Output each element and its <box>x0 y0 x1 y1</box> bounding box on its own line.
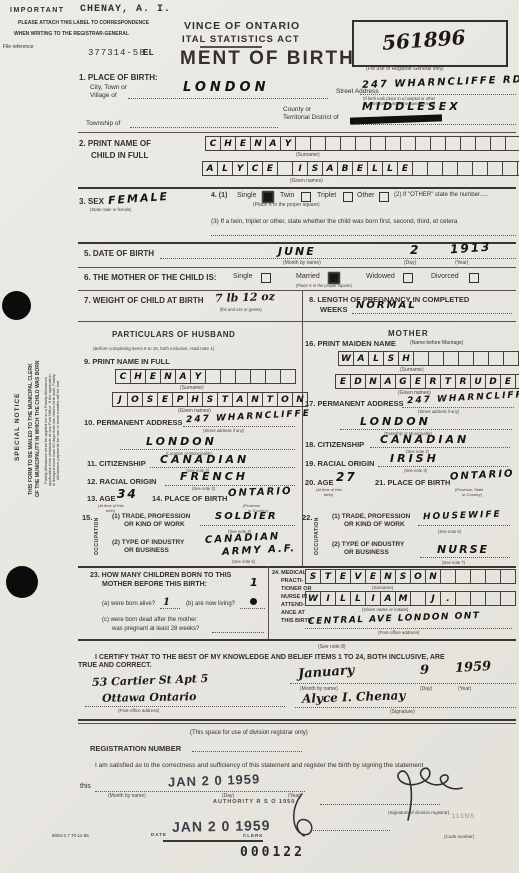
county-label: Territorial District of <box>283 114 339 121</box>
mother-trade-value: HOUSEWIFE <box>423 510 502 523</box>
item7-label: 7. WEIGHT OF CHILD AT BIRTH <box>84 296 204 305</box>
letter-cell <box>487 161 503 176</box>
letter-cell: O <box>127 392 143 407</box>
status-single-checkbox <box>261 273 271 283</box>
dotted-line <box>418 525 510 526</box>
code-number-caption: (Code number) <box>444 834 474 839</box>
letter-cell <box>410 591 426 606</box>
letter-cell <box>340 136 356 151</box>
letter-cell: L <box>367 161 383 176</box>
trade-label: OR KIND OF WORK <box>124 521 185 528</box>
practitioner-address: CENTRAL AVE LONDON ONT <box>308 611 481 627</box>
husband-citizenship: CANADIAN <box>160 453 249 466</box>
letter-cell: E <box>335 374 351 389</box>
dotted-line <box>352 313 512 314</box>
item1-label: 1. PLACE OF BIRTH: <box>79 73 158 82</box>
born-alive-label: (a) were born alive? <box>102 601 155 607</box>
surname-caption: (Surname) <box>180 385 204 391</box>
letter-cell <box>502 161 518 176</box>
letter-cell: O <box>410 569 426 584</box>
twin-checkbox <box>301 192 311 202</box>
letter-cell <box>503 351 519 366</box>
registrar-signature-flourish <box>282 790 327 845</box>
husband-given-boxes: JOSEPHSTANTON <box>112 392 307 407</box>
serial-number-box: 561896 <box>352 20 508 67</box>
day-caption: (Day) <box>404 260 416 266</box>
letter-cell <box>457 161 473 176</box>
age-caption: birth) <box>324 492 333 497</box>
letter-cell <box>265 369 281 384</box>
letter-cell: L <box>335 591 351 606</box>
letter-cell <box>325 136 341 151</box>
letter-cell: T <box>217 392 233 407</box>
special-notice-line: THIS FORM TO BE MAILED TO THE MUNICIPAL … <box>28 300 34 558</box>
letter-cell: E <box>397 161 413 176</box>
letter-cell: N <box>250 136 266 151</box>
letter-cell: M <box>395 591 411 606</box>
item24-label: ATTEND- <box>281 602 305 608</box>
street-caption: (Street address if any) <box>203 428 244 433</box>
letter-cell: J <box>425 591 441 606</box>
dotted-line <box>85 706 285 707</box>
letter-cell: E <box>262 161 278 176</box>
special-notice-line: Allowance payments for one or more month… <box>55 288 60 573</box>
square-caption: (Place X in the proper square) <box>253 202 320 208</box>
birth-day: 2 <box>410 243 420 257</box>
trade-label: (1) TRADE, PROFESSION <box>332 513 410 520</box>
letter-cell <box>310 136 326 151</box>
letter-cell <box>412 161 428 176</box>
letter-cell: P <box>172 392 188 407</box>
township-label: Township of <box>86 120 120 127</box>
certifier-address: Ottawa Ontario <box>102 690 197 705</box>
given-name-caption: (Given name or initials) <box>362 607 408 612</box>
divider <box>163 840 263 842</box>
dotted-line <box>211 235 516 236</box>
born-alive-value: 1 <box>163 597 170 608</box>
year-caption: (Year) <box>458 686 471 692</box>
letter-cell <box>400 136 416 151</box>
dotted-line <box>160 608 180 609</box>
surname-caption: (Surname) <box>372 585 393 590</box>
special-notice-line: OF THE MUNICIPALITY IN WHICH THE CHILD W… <box>35 300 41 558</box>
letter-cell <box>385 136 401 151</box>
item4-line3: (3) If a twin, triplet or other, state w… <box>211 218 457 225</box>
status-married-checkbox <box>329 273 339 283</box>
item5-label: 5. DATE OF BIRTH <box>84 249 154 258</box>
triplet-checkbox <box>343 192 353 202</box>
dotted-line <box>150 467 295 468</box>
item19-label: 19. RACIAL ORIGIN <box>305 459 374 468</box>
letter-cell: E <box>157 392 173 407</box>
letter-cell <box>485 591 501 606</box>
letter-cell <box>460 136 476 151</box>
letter-cell: C <box>205 136 221 151</box>
day-caption: (Day) <box>420 686 432 692</box>
city-label: Village of <box>90 92 117 99</box>
letter-cell: T <box>440 374 456 389</box>
letter-cell: G <box>395 374 411 389</box>
letter-cell <box>500 569 516 584</box>
status-widowed-label: Widowed <box>366 273 395 280</box>
letter-cell: L <box>350 591 366 606</box>
letter-cell: T <box>320 569 336 584</box>
label-instruction-line: WHEN WRITING TO THE REGISTRAR-GENERAL <box>14 31 129 37</box>
certifier-signature: Alyce I. Chenay <box>302 688 406 706</box>
weight-caption: (lbs and ozs or grams) <box>220 307 262 312</box>
dotted-line <box>120 449 295 450</box>
letter-cell: N <box>160 369 176 384</box>
mother-city-value: LONDON <box>360 415 431 428</box>
cert-month: January <box>298 663 355 682</box>
letter-cell: I <box>292 161 308 176</box>
divider <box>268 566 269 639</box>
page-title: MENT OF BIRTH <box>180 48 355 70</box>
industry-label: OR BUSINESS <box>124 547 169 554</box>
husband-section-header: PARTICULARS OF HUSBAND <box>112 330 235 339</box>
item13-label: 13. AGE <box>87 494 115 503</box>
surname-caption: (Surname) <box>400 367 424 373</box>
see-note-8-caption: (See note 8) <box>318 644 346 650</box>
item2-label: CHILD IN FULL <box>91 151 148 160</box>
industry-label: (2) TYPE OF INDUSTRY <box>112 539 184 546</box>
item23-label: MOTHER BEFORE THIS BIRTH: <box>102 581 207 588</box>
birth-statement-document: SPECIAL NOTICE THIS FORM TO BE MAILED TO… <box>0 0 519 873</box>
letter-cell <box>442 161 458 176</box>
see-note-caption: (See note 7) <box>442 560 465 565</box>
item6-label: 6. THE MOTHER OF THE CHILD IS: <box>84 273 216 282</box>
letter-cell: Y <box>190 369 206 384</box>
letter-cell: I <box>365 591 381 606</box>
letter-cell: J <box>112 392 128 407</box>
item18-label: 18. CITIZENSHIP <box>305 440 364 449</box>
special-notice-title: SPECIAL NOTICE <box>14 372 21 482</box>
letter-cell <box>235 369 251 384</box>
item24-label: PRACTI- <box>281 578 303 584</box>
letter-cell <box>250 369 266 384</box>
item3-label: 3. SEX <box>79 197 104 206</box>
divider <box>78 723 516 724</box>
letter-cell: S <box>395 569 411 584</box>
letter-cell <box>428 351 444 366</box>
letter-cell: R <box>455 374 471 389</box>
birthplace-caption: or Country) <box>462 492 482 497</box>
item2-label: 2. PRINT NAME OF <box>79 139 151 148</box>
serial-number: 561896 <box>381 25 466 55</box>
letter-cell: R <box>425 374 441 389</box>
dotted-line <box>310 830 390 831</box>
letter-cell: S <box>202 392 218 407</box>
letter-cell <box>490 136 506 151</box>
item11-label: 11. CITIZENSHIP <box>87 459 146 468</box>
husband-note: (Before completing items 9 to 15, both i… <box>93 346 214 351</box>
status-divorced-checkbox <box>469 273 479 283</box>
item12-label: 12. RACIAL ORIGIN <box>87 477 156 486</box>
mother-surname-boxes: WALSH <box>338 351 518 366</box>
status-divorced-label: Divorced <box>431 273 459 280</box>
letter-cell <box>220 369 236 384</box>
divider <box>78 187 516 189</box>
letter-cell: B <box>337 161 353 176</box>
letter-cell <box>505 136 519 151</box>
divider <box>78 639 516 641</box>
signature-caption: (Signature) <box>390 709 415 715</box>
letter-cell: T <box>262 392 278 407</box>
child-given-boxes: ALYCEISABELLE <box>202 161 519 176</box>
important-label: IMPORTANT <box>10 7 65 14</box>
letter-cell: E <box>500 374 516 389</box>
letter-cell <box>355 136 371 151</box>
mother-citizenship: CANADIAN <box>380 433 469 446</box>
typed-name: CHENAY, A. I. <box>80 4 171 15</box>
letter-cell <box>430 136 446 151</box>
letter-cell: H <box>398 351 414 366</box>
item24-label: NURSE IN <box>281 594 307 600</box>
letter-cell <box>415 136 431 151</box>
dotted-line <box>378 466 508 467</box>
divider <box>78 267 516 268</box>
letter-cell <box>440 569 456 584</box>
this-label: this <box>80 783 91 790</box>
certify-statement: TRUE AND CORRECT. <box>78 662 152 669</box>
file-number: 377314-58 <box>88 48 146 58</box>
letter-cell: N <box>247 392 263 407</box>
dotted-line <box>200 525 295 526</box>
act-title: ITAL STATISTICS ACT <box>182 34 300 45</box>
other-checkbox <box>379 192 389 202</box>
letter-cell: D <box>485 374 501 389</box>
single-checkbox <box>263 192 273 202</box>
child-surname-boxes: CHENAY <box>205 136 519 151</box>
divider <box>78 566 516 568</box>
letter-cell: E <box>365 569 381 584</box>
letter-cell: S <box>383 351 399 366</box>
date-stamp: JAN 2 0 1959 <box>168 771 261 789</box>
letter-cell <box>472 161 488 176</box>
husband-birthplace: ONTARIO <box>228 486 293 499</box>
letter-cell: C <box>247 161 263 176</box>
form-print-code: 6004-2.7 70-11-56 <box>52 833 89 838</box>
see-note-caption: (See note 3) <box>404 468 427 473</box>
now-living-mark <box>250 598 257 605</box>
letter-cell: S <box>142 392 158 407</box>
year-caption: (Year) <box>455 260 468 266</box>
county-label: County or <box>283 106 311 113</box>
occupation-vertical-label: OCCUPATION <box>314 509 320 564</box>
trade-label: (1) TRADE, PROFESSION <box>112 513 190 520</box>
street-caption: (Street address if any) <box>418 409 459 414</box>
letter-cell: A <box>353 351 369 366</box>
cert-year: 1959 <box>455 659 492 676</box>
sex-caption: (State male or female) <box>90 207 131 212</box>
practitioner-surname-boxes: STEVENSON <box>305 569 515 584</box>
item4-prefix: 4. (1) <box>211 192 227 199</box>
registrar-signature <box>378 758 483 831</box>
dotted-line <box>183 426 295 427</box>
city-value: LONDON <box>183 80 269 95</box>
letter-cell <box>277 161 293 176</box>
letter-cell: Y <box>232 161 248 176</box>
pregnancy-length-value: NORMAL <box>356 300 417 311</box>
letter-cell <box>470 569 486 584</box>
mother-racial-origin: IRISH <box>390 452 439 465</box>
dotted-line <box>95 791 305 792</box>
dotted-line <box>130 127 278 128</box>
weight-value: 7 lb 12 oz <box>215 290 275 305</box>
letter-cell: A <box>175 369 191 384</box>
dotted-line <box>295 707 516 708</box>
province-title: VINCE OF ONTARIO <box>184 20 300 32</box>
cert-day: 9 <box>420 663 429 678</box>
item9-label: 9. PRINT NAME IN FULL <box>84 357 170 366</box>
letter-cell: N <box>425 569 441 584</box>
letter-cell <box>455 591 471 606</box>
divider <box>78 719 516 721</box>
dotted-line <box>128 98 328 99</box>
address-caption: (Post-office address) <box>378 630 419 635</box>
letter-cell <box>427 161 443 176</box>
given-names-caption: (Given names) <box>178 408 211 414</box>
letter-cell <box>473 351 489 366</box>
month-caption: (Month by name) <box>108 793 146 799</box>
letter-cell: W <box>305 591 321 606</box>
letter-cell <box>370 136 386 151</box>
letter-cell: E <box>145 369 161 384</box>
letter-cell: E <box>352 161 368 176</box>
status-married-label: Married <box>296 273 320 280</box>
mother-birthplace: ONTARIO <box>450 468 515 482</box>
item24-label: ANCE AT <box>281 610 305 616</box>
dotted-line <box>290 683 516 684</box>
children-before-value: 1 <box>250 576 260 589</box>
dotted-line <box>192 751 302 752</box>
letter-cell: . <box>440 591 456 606</box>
dotted-line <box>352 124 516 125</box>
file-reference-label: File reference <box>3 44 34 50</box>
sex-value: FEMALE <box>108 190 170 207</box>
dotted-line <box>370 447 510 448</box>
letter-cell <box>470 591 486 606</box>
letter-cell <box>280 369 296 384</box>
mother-section-header: MOTHER <box>388 329 429 338</box>
see-note-caption: (See note 6) <box>438 529 461 534</box>
file-code: EL <box>143 48 154 58</box>
divider <box>78 290 516 291</box>
surname-caption: (Surname) <box>296 152 320 158</box>
label-instruction-line: PLEASE ATTACH THIS LABEL TO CORRESPONDEN… <box>18 20 149 26</box>
letter-cell: I <box>320 591 336 606</box>
letter-cell <box>455 569 471 584</box>
husband-industry-value: ARMY A.F. <box>222 543 297 558</box>
registrar-signature-caption: (Signature of division registrar) <box>388 810 449 815</box>
letter-cell: C <box>115 369 131 384</box>
dotted-line <box>360 94 516 95</box>
other-label: Other <box>357 192 375 199</box>
letter-cell: S <box>307 161 323 176</box>
item15-label: 15. <box>82 513 92 522</box>
letter-cell <box>445 136 461 151</box>
item8-label: WEEKS <box>320 305 348 314</box>
occupation-vertical-label: OCCUPATION <box>94 509 100 564</box>
dotted-line <box>420 557 510 558</box>
other-number-label: (2) If "OTHER" state the number..... <box>394 192 488 198</box>
letter-cell <box>485 569 501 584</box>
letter-cell: L <box>382 161 398 176</box>
husband-age: 34 <box>117 487 138 501</box>
divider <box>78 132 516 133</box>
letter-cell: H <box>187 392 203 407</box>
registration-number-label: REGISTRATION NUMBER <box>90 744 181 753</box>
letter-cell: A <box>265 136 281 151</box>
clerk-label: CLERK <box>243 833 264 838</box>
status-widowed-checkbox <box>403 273 413 283</box>
letter-cell <box>515 374 519 389</box>
street-value: 247 WHARNCLIFFE RD. <box>362 74 519 91</box>
letter-cell <box>443 351 459 366</box>
letter-cell <box>500 591 516 606</box>
letter-cell <box>413 351 429 366</box>
dotted-line <box>402 407 514 408</box>
divider <box>78 321 516 322</box>
divider <box>302 290 303 566</box>
letter-cell: U <box>470 374 486 389</box>
industry-label: OR BUSINESS <box>344 549 389 556</box>
dotted-line <box>340 429 512 430</box>
status-single-label: Single <box>233 273 252 280</box>
letter-cell: A <box>380 374 396 389</box>
letter-cell: A <box>202 161 218 176</box>
registrar-space-note: (This space for use of division registra… <box>190 730 308 736</box>
letter-cell: N <box>380 569 396 584</box>
punch-hole <box>2 291 31 320</box>
item23-label: 23. HOW MANY CHILDREN BORN TO THIS <box>90 572 231 579</box>
letter-cell: A <box>232 392 248 407</box>
industry-label: (2) TYPE OF INDUSTRY <box>332 541 404 548</box>
stamp-serial-number: 000122 <box>240 845 305 860</box>
certify-statement: I CERTIFY THAT TO THE BEST OF MY KNOWLED… <box>95 654 445 661</box>
letter-cell <box>458 351 474 366</box>
twin-label: Twin <box>280 192 294 199</box>
item17-label: 17. PERMANENT ADDRESS <box>305 399 404 408</box>
certifier-address: 53 Cartier St Apt 5 <box>92 672 209 689</box>
county-value: MIDDLESEX <box>362 100 461 113</box>
date-label: DATE <box>151 832 167 837</box>
mother-age: 27 <box>336 470 357 484</box>
letter-cell: E <box>235 136 251 151</box>
triplet-label: Triplet <box>317 192 336 199</box>
mother-industry-value: NURSE <box>437 543 489 556</box>
letter-cell: V <box>350 569 366 584</box>
punch-hole <box>6 566 38 598</box>
letter-cell: S <box>305 569 321 584</box>
item16-sub-label: (Name before Marriage) <box>410 340 463 346</box>
registrar-statement: I am satisfied as to the correctness and… <box>95 762 423 769</box>
letter-cell: A <box>380 591 396 606</box>
see-note-caption: (See note 3) <box>192 486 215 491</box>
mother-given-boxes: EDNAGERTRUDE <box>335 374 519 389</box>
item14-label: 14. PLACE OF BIRTH <box>152 494 227 503</box>
now-living-label: (b) are now living? <box>186 601 235 607</box>
letter-cell <box>488 351 504 366</box>
letter-cell: D <box>350 374 366 389</box>
see-note-caption: (See note 5) <box>232 559 255 564</box>
husband-surname-boxes: CHENAY <box>115 369 295 384</box>
item20-label: 20. AGE <box>305 478 333 487</box>
trade-label: OR KIND OF WORK <box>344 521 405 528</box>
birth-year: 1913 <box>450 240 492 257</box>
letter-cell: L <box>368 351 384 366</box>
item10-label: 10. PERMANENT ADDRESS <box>84 418 183 427</box>
